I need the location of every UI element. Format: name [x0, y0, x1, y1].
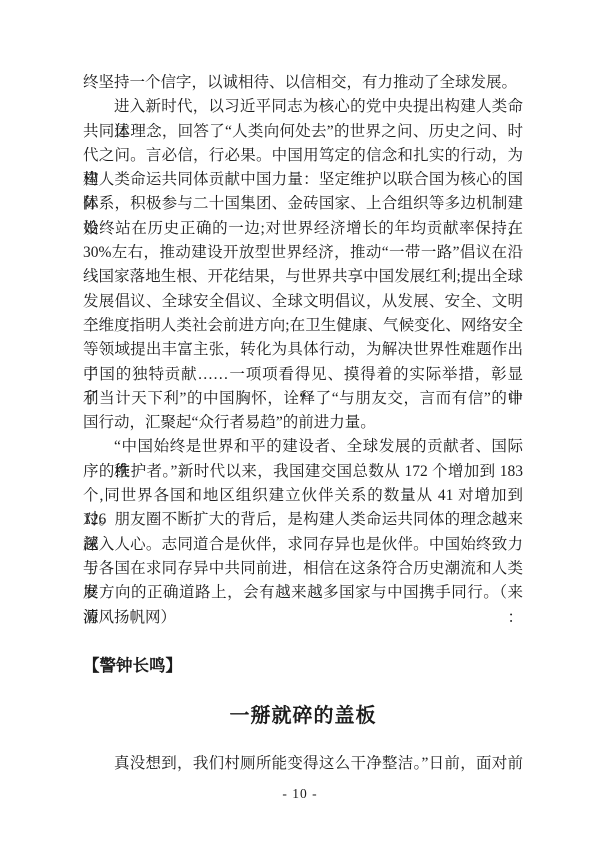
main-article-lines: 终坚持一个信字，以诚相待、以信相交，有力推动了全球发展。进入新时代，以习近平同志… — [83, 71, 523, 630]
text-line: 体系，积极参与二十国集团、金砖国家、上合组织等多边机制建设， — [83, 192, 523, 216]
text-line: 中国的独特贡献……一项项看得见、摸得着的实际举措，彰显了“计 — [83, 363, 523, 387]
text-line: 个维度指明人类社会前进方向;在卫生健康、气候变化、网络安全 — [83, 314, 523, 338]
document-page: 终坚持一个信字，以诚相待、以信相交，有力推动了全球发展。进入新时代，以习近平同志… — [0, 0, 600, 849]
text-line: 对。朋友圈不断扩大的背后，是构建人类命运共同体的理念越来越 — [83, 508, 523, 532]
text-line: “中国始终是世界和平的建设者、全球发展的贡献者、国际秩 — [83, 435, 523, 459]
text-line: 30%左右，推动建设开放型世界经济，推动“一带一路”倡议在沿 — [83, 241, 523, 265]
text-line: 终坚持一个信字，以诚相待、以信相交，有力推动了全球发展。 — [83, 71, 523, 95]
section-heading: 【警钟长鸣】 — [83, 654, 523, 678]
text-line: 利当计天下利”的中国胸怀，诠释了“与朋友交，言而有信”的中 — [83, 387, 523, 411]
text-line: 展方向的正确道路上，会有越来越多国家与中国携手同行。（来源： — [83, 581, 523, 605]
text-line: 线国家落地生根、开花结果，与世界共享中国发展红利;提出全球 — [83, 265, 523, 289]
text-line: 真没想到，我们村厕所能变得这么干净整洁。”日前，面对前 — [83, 752, 523, 776]
article-title: 一掰就碎的盖板 — [83, 703, 523, 729]
text-line: 序的维护者。”新时代以来，我国建交国总数从 172 个增加到 183 — [83, 460, 523, 484]
text-line: 等领域提出丰富主张，转化为具体行动，为解决世界性难题作出了 — [83, 338, 523, 362]
text-line: 个,同世界各国和地区组织建立伙伴关系的数量从 41 对增加到 126 — [83, 484, 523, 508]
text-line: 共同体理念，回答了“人类向何处去”的世界之问、历史之问、时 — [83, 120, 523, 144]
next-article-lines: 真没想到，我们村厕所能变得这么干净整洁。”日前，面对前 — [83, 752, 523, 776]
text-line: 国行动，汇聚起“众行者易趋”的前进力量。 — [83, 411, 523, 435]
text-line: 代之问。言必信，行必果。中国用笃定的信念和扎实的行动，为构 — [83, 144, 523, 168]
document-body: 终坚持一个信字，以诚相待、以信相交，有力推动了全球发展。进入新时代，以习近平同志… — [83, 71, 523, 776]
text-line: 深入人心。志同道合是伙伴，求同存异也是伙伴。中国始终致力于 — [83, 533, 523, 557]
text-line: 始终站在历史正确的一边;对世界经济增长的年均贡献率保持在 — [83, 217, 523, 241]
text-line: 建人类命运共同体贡献中国力量：坚定维护以联合国为核心的国际 — [83, 168, 523, 192]
text-line: 进入新时代，以习近平同志为核心的党中央提出构建人类命运 — [83, 95, 523, 119]
text-line: 与各国在求同存异中共同前进，相信在这条符合历史潮流和人类发 — [83, 557, 523, 581]
page-number: - 10 - — [0, 786, 600, 802]
text-line: 发展倡议、全球安全倡议、全球文明倡议，从发展、安全、文明三 — [83, 290, 523, 314]
